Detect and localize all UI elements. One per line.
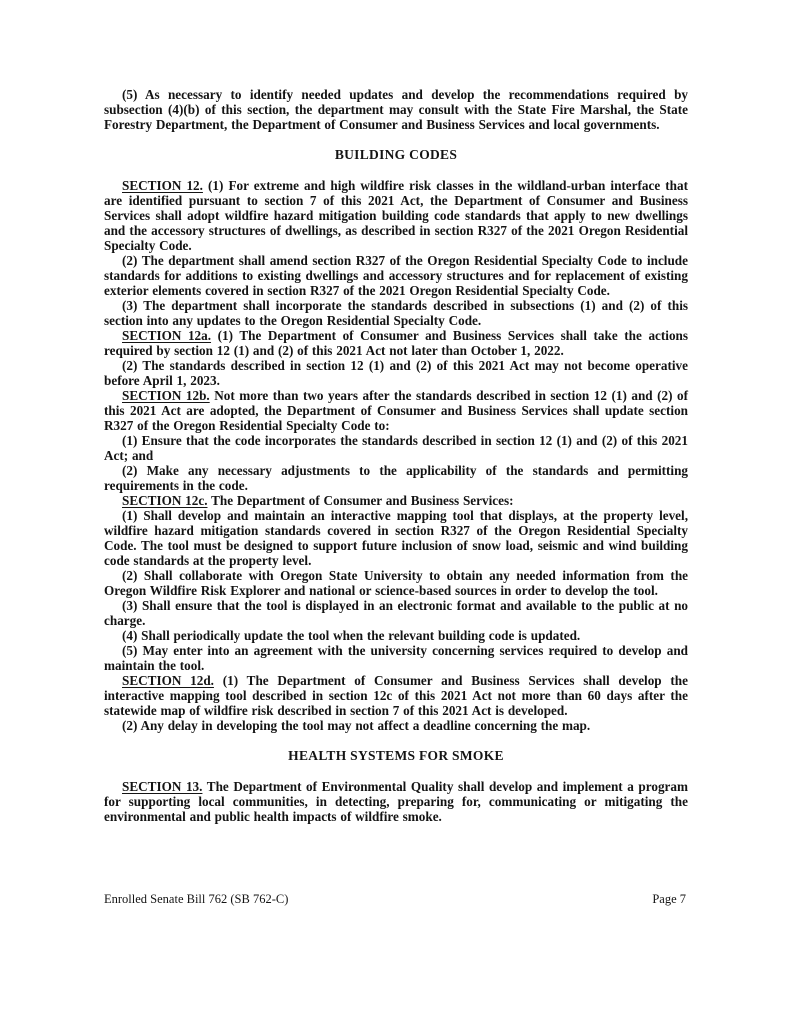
paragraph: (1) Ensure that the code incorporates th… [104, 433, 688, 463]
document-page: (5) As necessary to identify needed upda… [0, 0, 800, 1035]
paragraph: (5) As necessary to identify needed upda… [104, 87, 688, 132]
paragraph: SECTION 13. The Department of Environmen… [104, 779, 688, 824]
paragraph-text: (4) Shall periodically update the tool w… [122, 628, 580, 643]
paragraph-text: (5) As necessary to identify needed upda… [104, 87, 688, 132]
footer-page-number: Page 7 [652, 892, 686, 907]
paragraph-text: (2) Make any necessary adjustments to th… [104, 463, 688, 493]
paragraph-text: (2) The standards described in section 1… [104, 358, 688, 388]
section-heading: BUILDING CODES [104, 147, 688, 162]
page-footer: Enrolled Senate Bill 762 (SB 762-C) Page… [104, 892, 686, 907]
paragraph: (5) May enter into an agreement with the… [104, 643, 688, 673]
paragraph: (2) Any delay in developing the tool may… [104, 718, 688, 733]
section-heading: HEALTH SYSTEMS FOR SMOKE [104, 748, 688, 763]
paragraph-text: (3) Shall ensure that the tool is displa… [104, 598, 688, 628]
section-label: SECTION 12b. [122, 388, 210, 403]
paragraph-text: (1) Ensure that the code incorporates th… [104, 433, 688, 463]
paragraph: (3) Shall ensure that the tool is displa… [104, 598, 688, 628]
section-label: SECTION 12c. [122, 493, 208, 508]
paragraph: (4) Shall periodically update the tool w… [104, 628, 688, 643]
section-label: SECTION 12d. [122, 673, 214, 688]
paragraph-text: The Department of Consumer and Business … [211, 493, 513, 508]
section-label: SECTION 12. [122, 178, 203, 193]
paragraph: (2) Shall collaborate with Oregon State … [104, 568, 688, 598]
paragraph: SECTION 12c. The Department of Consumer … [104, 493, 688, 508]
paragraph: SECTION 12d. (1) The Department of Consu… [104, 673, 688, 718]
paragraph-text: (2) Any delay in developing the tool may… [122, 718, 590, 733]
paragraph: SECTION 12a. (1) The Department of Consu… [104, 328, 688, 358]
paragraph-text: (3) The department shall incorporate the… [104, 298, 688, 328]
paragraph: (3) The department shall incorporate the… [104, 298, 688, 328]
paragraph-text: (5) May enter into an agreement with the… [104, 643, 688, 673]
paragraph: (2) The department shall amend section R… [104, 253, 688, 298]
paragraph-text: (2) The department shall amend section R… [104, 253, 688, 298]
paragraph: (1) Shall develop and maintain an intera… [104, 508, 688, 568]
paragraph-text: (1) Shall develop and maintain an intera… [104, 508, 688, 568]
paragraph-text: (2) Shall collaborate with Oregon State … [104, 568, 688, 598]
document-body: (5) As necessary to identify needed upda… [104, 87, 688, 824]
paragraph: SECTION 12b. Not more than two years aft… [104, 388, 688, 433]
paragraph: SECTION 12. (1) For extreme and high wil… [104, 178, 688, 253]
paragraph: (2) Make any necessary adjustments to th… [104, 463, 688, 493]
section-label: SECTION 13. [122, 779, 202, 794]
section-label: SECTION 12a. [122, 328, 211, 343]
footer-bill-title: Enrolled Senate Bill 762 (SB 762-C) [104, 892, 288, 907]
paragraph: (2) The standards described in section 1… [104, 358, 688, 388]
